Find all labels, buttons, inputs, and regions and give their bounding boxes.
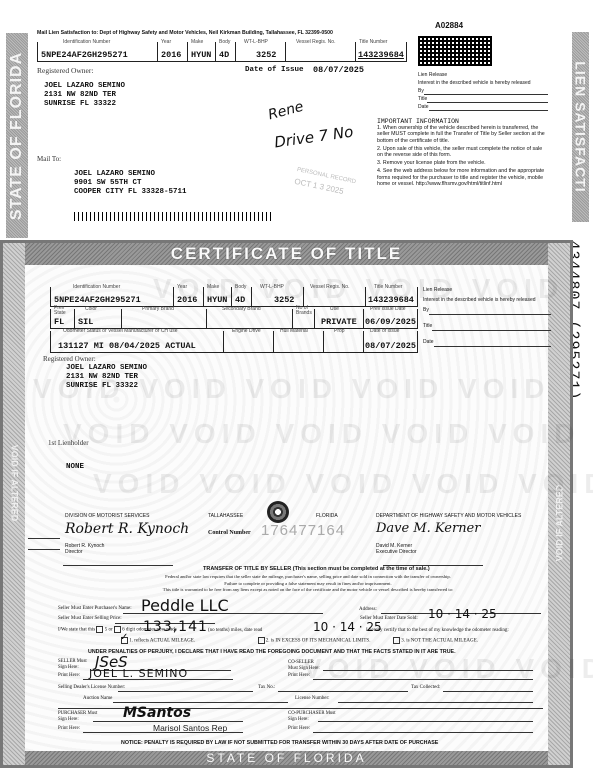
stub-body-field: Body 4D xyxy=(215,42,235,62)
co-purchaser-sign-line[interactable] xyxy=(318,721,533,722)
mail-to-label: Mail To: xyxy=(37,155,61,163)
transfer-left-rule xyxy=(63,565,173,566)
certify-text: I hereby certify that to the best of my … xyxy=(366,628,509,633)
co-purchaser-print-line[interactable] xyxy=(313,732,533,733)
co-purchaser-print-label: Print Here: xyxy=(288,726,310,731)
stub-owner-address: JOEL LAZARO SEMINO 2131 NW 82ND TER SUNR… xyxy=(44,82,125,109)
perjury-statement: UNDER PENALTIES OF PERJURY, I DECLARE TH… xyxy=(88,649,456,655)
purchaser-sign-label: PURCHASER Must Sign Here: xyxy=(58,711,98,722)
cert-prev-state-field: Prev State FL xyxy=(50,309,74,329)
cert-owner-address: JOEL LAZARO SEMINO 2131 NW 82ND TER SUNR… xyxy=(66,364,147,391)
cert-lien-title: Title xyxy=(423,321,551,331)
cert-make-field: Make HYUN xyxy=(203,287,231,307)
stub-make-field: Make HYUN xyxy=(187,42,215,62)
owner-line: 2131 NW 82ND TER xyxy=(44,91,125,100)
cert-date-of-issue-field: Date of Issue 08/07/2025 xyxy=(363,331,418,353)
lien-title-row: Title xyxy=(418,95,558,103)
void-watermark: VOID VOID VOID VOID VOID xyxy=(93,468,593,500)
purchaser-print-label: Print Here: xyxy=(58,726,80,731)
state-of-florida-banner: STATE OF FLORIDA xyxy=(6,33,28,238)
lien-by-row: By xyxy=(418,87,558,95)
odometer-reading-value: 133,141 xyxy=(143,619,208,635)
void-if-altered-left: VOID IF ALTERED xyxy=(3,423,25,543)
co-seller-print-label: Print Here: xyxy=(288,673,310,678)
stub-title-number-field: Title Number 143239684 xyxy=(355,42,407,62)
barcode-2d xyxy=(418,36,492,66)
purchaser-name-label: Seller Must Enter Purchaser's Name: xyxy=(58,606,132,611)
auction-name-label: Auction Name xyxy=(83,696,112,701)
cert-wt-field: WT-L-BHP 3252 xyxy=(251,287,303,307)
owner-line: SUNRISE FL 33322 xyxy=(44,100,125,109)
license-number-line[interactable] xyxy=(338,702,533,703)
cert-body-field: Body 4D xyxy=(231,287,251,307)
tax-collected-line[interactable] xyxy=(443,691,533,692)
exec-name: David M. Kerner Executive Director xyxy=(376,543,417,555)
notice-penalty: NOTICE: PENALTY IS REQUIRED BY LAW IF NO… xyxy=(121,740,438,746)
cert-hull-material-field: Hull Material xyxy=(273,331,323,353)
exec-signature: Dave M. Kerner xyxy=(376,521,480,536)
stub-date-of-issue-label: Date of Issue xyxy=(245,66,304,74)
cert-primary-brand-field: Primary Brand xyxy=(121,309,206,329)
mail-line: 9901 SW 55TH CT xyxy=(74,179,187,188)
lien-release-text: Interest in the described vehicle is her… xyxy=(418,79,558,87)
auction-name-line[interactable] xyxy=(113,702,288,703)
cert-lien-by: By xyxy=(423,305,551,315)
co-seller-sign-line[interactable] xyxy=(323,670,533,671)
stub-registered-owner-label: Registered Owner: xyxy=(37,66,93,75)
cert-prop-field: Prop xyxy=(323,331,363,353)
mail-line: COOPER CITY FL 33328-5711 xyxy=(74,188,187,197)
important-item: 3. Remove your license plate from the ve… xyxy=(377,160,549,166)
cert-year-field: Year 2016 xyxy=(173,287,203,307)
cert-color-field: Color SIL xyxy=(74,309,121,329)
certificate-title: CERTIFICATE OF TITLE xyxy=(171,244,402,264)
transfer-heading: TRANSFER OF TITLE BY SELLER (This sectio… xyxy=(203,566,430,572)
cert-engine-drive-field: Engine Drive xyxy=(223,331,273,353)
tenths-label: (no tenths) miles, date read xyxy=(208,628,262,633)
stub-id-field: Identification Number 5NPE24AF2GH295271 xyxy=(37,42,157,62)
postal-barcode xyxy=(74,212,274,221)
lien-date-row: Date xyxy=(418,103,558,111)
purchaser-name-value: Peddle LLC xyxy=(141,596,229,615)
odometer-options: ✓ 1. reflects ACTUAL MILEAGE. 2. is IN E… xyxy=(121,637,541,644)
certificate-footer: STATE OF FLORIDA xyxy=(25,751,548,765)
control-number: 176477164 xyxy=(261,522,345,539)
mail-lien-line: Mail Lien Satisfaction to: Dept of Highw… xyxy=(37,30,333,36)
tax-collected-label: Tax Collected: xyxy=(411,685,440,690)
handwritten-note-1: Rene xyxy=(267,99,306,124)
purchaser-signature: MSantos xyxy=(123,705,191,721)
cert-title-number-field: Title Number 143239684 xyxy=(365,287,418,307)
cert-id-field: Identification Number 5NPE24AF2GH295271 xyxy=(50,287,173,307)
mail-line: JOEL LAZARO SEMINO xyxy=(74,170,187,179)
cert-odometer-field: Odometer Status or Vessel Manufacturer o… xyxy=(50,331,223,353)
transfer-notice: Federal and/or state law requires that t… xyxy=(138,574,478,594)
first-lienholder-label: 1st Lienholder xyxy=(48,439,89,447)
state-label: FLORIDA xyxy=(316,513,338,519)
tax-no-label: Tax No.: xyxy=(258,685,275,690)
director-name: Robert R. Kynoch Director xyxy=(65,543,104,555)
stub-lien-release: Lien Release Interest in the described v… xyxy=(418,71,558,111)
first-lienholder-value: NONE xyxy=(66,463,84,471)
owner-line: JOEL LAZARO SEMINO xyxy=(44,82,125,91)
address-label: Address: xyxy=(359,607,377,612)
certificate-header: CERTIFICATE OF TITLE xyxy=(25,243,548,265)
checkmark-icon: ✓ xyxy=(120,632,128,643)
form-code: A02884 xyxy=(435,21,463,30)
important-item: 4. See the web address below for more in… xyxy=(377,168,549,187)
co-seller-sign-label: CO-SELLER Must Sign Here: xyxy=(288,660,324,671)
actual-mileage-checkbox[interactable]: ✓ xyxy=(121,637,128,644)
cert-vessel-field: Vessel Regis. No. xyxy=(303,287,365,307)
director-line-2 xyxy=(28,549,60,550)
seller-sign-label: SELLER Must Sign Here: xyxy=(58,659,88,670)
department-label: DEPARTMENT OF HIGHWAY SAFETY AND MOTOR V… xyxy=(376,513,521,519)
received-stamp: PERSONAL RECORD OCT 1 3 2025 xyxy=(293,164,357,200)
mail-to-address: JOEL LAZARO SEMINO 9901 SW 55TH CT COOPE… xyxy=(74,170,187,197)
license-number-label: License Number: xyxy=(295,696,330,701)
dealer-license-line[interactable] xyxy=(118,691,253,692)
selling-price-label: Seller Must Enter Selling Price: xyxy=(58,616,122,621)
cert-use-field: Use PRIVATE xyxy=(314,309,363,329)
city-label: TALLAHASSEE xyxy=(208,513,243,519)
co-seller-print-line[interactable] xyxy=(313,679,533,680)
void-watermark: VOID VOID VOID VOID VOID xyxy=(63,418,580,450)
seller-print-value: JOEL L. SEMINO xyxy=(89,667,188,680)
director-signature: Robert R. Kynoch xyxy=(65,521,189,537)
stub-year-field: Year 2016 xyxy=(157,42,187,62)
void-if-altered-right: VOID IF ALTERED xyxy=(548,463,570,583)
handwritten-note-2: Drive 7 No xyxy=(273,123,354,152)
excess-mechanical-checkbox[interactable] xyxy=(258,637,265,644)
cert-lien-release: Lien Release Interest in the described v… xyxy=(423,285,551,347)
purchaser-sign-line[interactable] xyxy=(93,721,243,722)
division-label: DIVISION OF MOTORIST SERVICES xyxy=(65,513,149,519)
cert-registered-owner-label: Registered Owner: xyxy=(43,355,96,363)
important-item: 2. Upon sale of this vehicle, the seller… xyxy=(377,146,549,158)
cert-lien-date: Date xyxy=(423,337,551,347)
control-number-label: Control Number xyxy=(208,530,251,536)
director-line-1 xyxy=(28,538,60,539)
stub-wt-field: WT-L-BHP 3252 xyxy=(235,42,285,62)
five-digit-checkbox[interactable] xyxy=(96,626,103,633)
certificate-of-title: CERTIFICATE OF TITLE STATE OF FLORIDA VO… xyxy=(0,240,573,768)
important-item: 1. When ownership of the vehicle describ… xyxy=(377,125,549,144)
tax-no-line[interactable] xyxy=(278,691,408,692)
lien-release-title: Lien Release xyxy=(418,71,558,79)
dealer-license-label: Selling Dealer's License Number: xyxy=(58,685,125,690)
cert-secondary-brand-field: Secondary Brand xyxy=(206,309,292,329)
cert-prev-issue-field: Prev Issue Date 06/09/2025 xyxy=(363,309,418,329)
purchaser-print-value: Marisol Santos Rep xyxy=(153,723,227,733)
important-information: IMPORTANT INFORMATION 1. When ownership … xyxy=(377,119,549,187)
not-actual-checkbox[interactable] xyxy=(393,637,400,644)
state-seal xyxy=(267,501,289,523)
seller-print-label: Print Here: xyxy=(58,673,80,678)
stub-date-of-issue: 08/07/2025 xyxy=(313,65,364,75)
date-sold-value: 10 · 14 · 25 xyxy=(428,607,497,621)
stub-vessel-field: Vessel Regis. No. xyxy=(285,42,355,62)
cert-no-brands-field: No of Brands xyxy=(292,309,314,329)
lien-satisfaction-banner: LIEN SATISFACTI xyxy=(572,32,589,222)
